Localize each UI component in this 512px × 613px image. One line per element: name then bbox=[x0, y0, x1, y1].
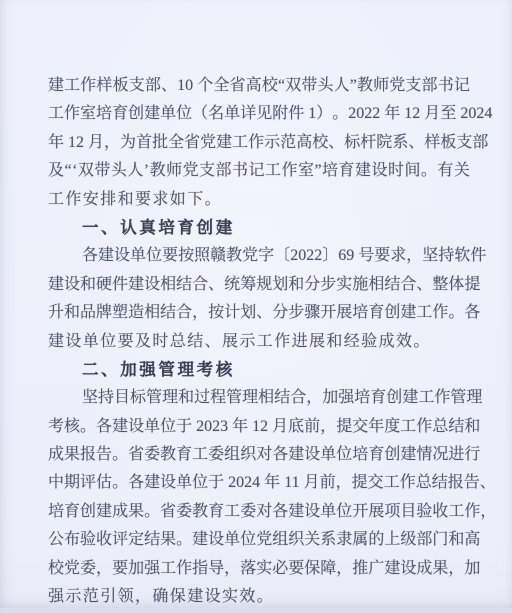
document-line: 坚持目标管理和过程管理相结合，加强培育创建工作管理 bbox=[48, 384, 470, 412]
document-line: 培育创建成果。省委教育工委对各建设单位开展项目验收工作， bbox=[48, 498, 470, 526]
document-line: 工作室培育创建单位（名单详见附件 1）。2022 年 12 月至 2024 bbox=[48, 100, 470, 128]
page-bottom-edge bbox=[0, 608, 512, 613]
document-line: 公布验收评定结果。建设单位党组织关系隶属的上级部门和高 bbox=[48, 526, 470, 554]
document-line: 升和品牌塑造相结合，按计划、分步骤开展培育创建工作。各 bbox=[48, 299, 470, 327]
section-heading: 二、加强管理考核 bbox=[48, 356, 470, 384]
document-line: 建设单位要及时总结、展示工作进展和经验成效。 bbox=[48, 328, 470, 356]
document-body: 建工作样板支部、10 个全省高校“双带头人”教师党支部书记工作室培育创建单位（名… bbox=[48, 72, 470, 611]
document-line: 考核。各建设单位于 2023 年 12 月底前，提交年度工作总结和 bbox=[48, 413, 470, 441]
document-line: 校党委，要加强工作指导，落实必要保障，推广建设成果，加 bbox=[48, 555, 470, 583]
document-line: 中期评估。各建设单位于 2024 年 11 月前，提交工作总结报告、 bbox=[48, 469, 470, 497]
document-line: 各建设单位要按照赣教党字〔2022〕69 号要求，坚持软件 bbox=[48, 242, 470, 270]
document-line: 建工作样板支部、10 个全省高校“双带头人”教师党支部书记 bbox=[48, 72, 470, 100]
document-line: 及“‘双带头人’教师党支部书记工作室”培育建设时间。有关 bbox=[48, 157, 470, 185]
document-line: 成果报告。省委教育工委组织对各建设单位培育创建情况进行 bbox=[48, 441, 470, 469]
section-heading: 一、认真培育创建 bbox=[48, 214, 470, 242]
document-line: 年 12 月，为首批全省党建工作示范高校、标杆院系、样板支部 bbox=[48, 129, 470, 157]
document-line: 建设和硬件建设相结合、统筹规划和分步实施相结合、整体提 bbox=[48, 271, 470, 299]
document-page: 建工作样板支部、10 个全省高校“双带头人”教师党支部书记工作室培育创建单位（名… bbox=[0, 0, 512, 613]
document-line: 工作安排和要求如下。 bbox=[48, 186, 470, 214]
